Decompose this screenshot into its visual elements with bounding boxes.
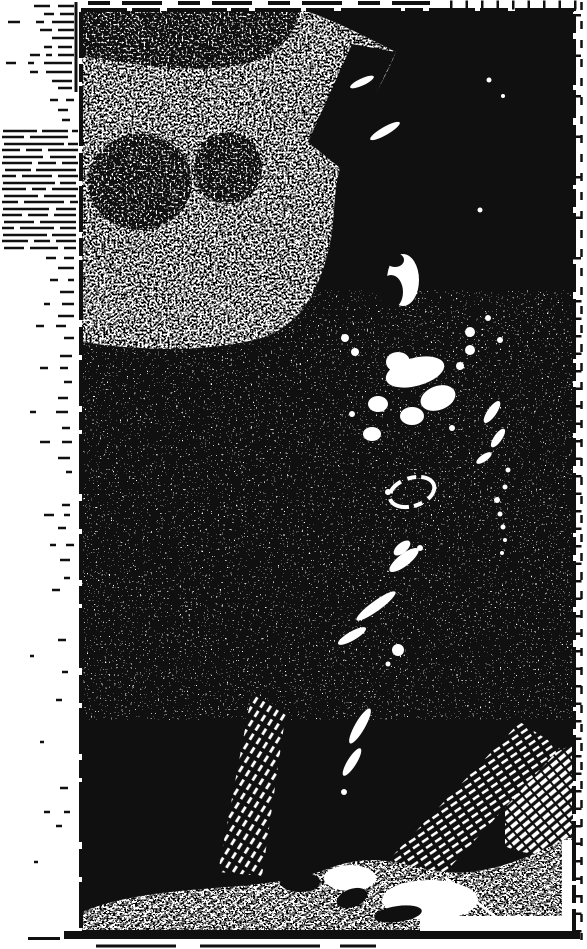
right-margin-rule bbox=[577, 2, 582, 940]
picture-content bbox=[82, 11, 573, 932]
engraving-texture-flecks bbox=[82, 290, 573, 720]
left-margin-bleed-marks bbox=[2, 2, 78, 862]
bottom-rule bbox=[28, 931, 580, 946]
bleed-dashes-upper bbox=[50, 100, 74, 120]
engraving-illustration: Black-and-white halftone scan of a full-… bbox=[0, 0, 587, 949]
bleed-dashes-top bbox=[6, 6, 74, 88]
bleed-dashes-lower bbox=[30, 505, 74, 862]
bleed-dashes-mid bbox=[30, 258, 74, 472]
top-margin-marks bbox=[88, 3, 580, 5]
scanned-print-page: Black-and-white halftone scan of a full-… bbox=[0, 0, 587, 949]
bleed-dashes-dense-band bbox=[2, 131, 78, 248]
inner-margin-bottom bbox=[420, 916, 573, 932]
